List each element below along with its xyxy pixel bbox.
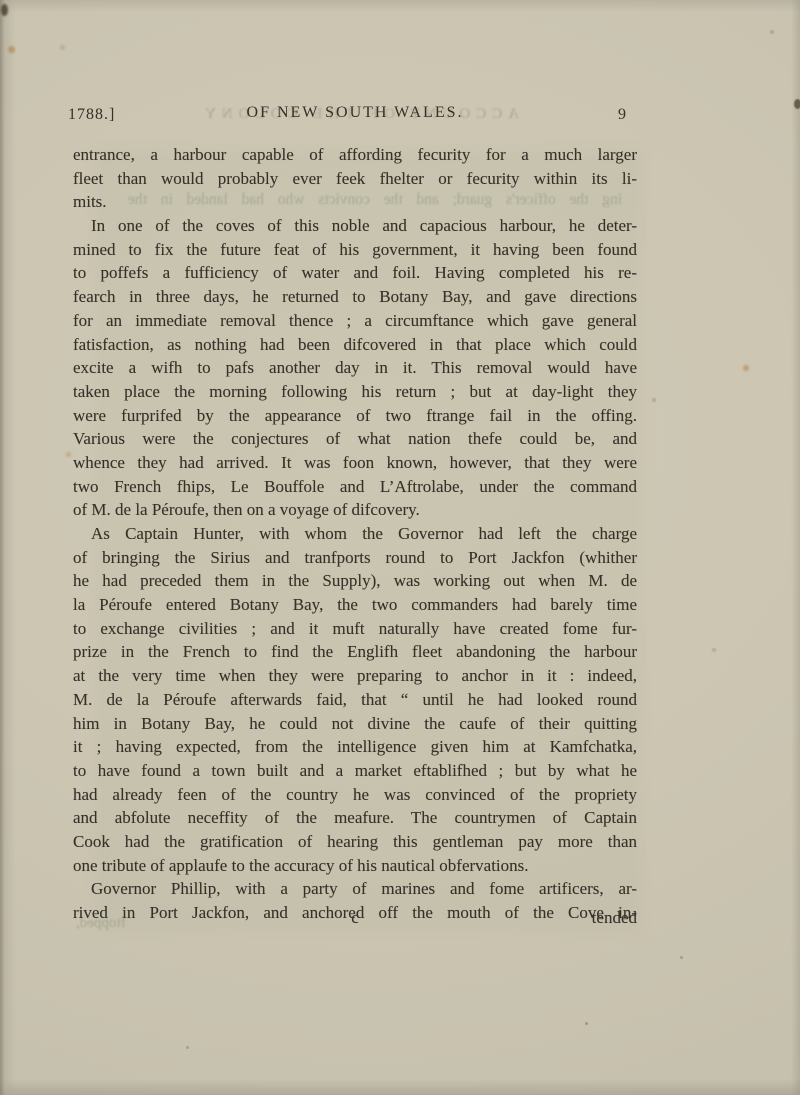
text-line: mined to fix the future feat of his gove…: [73, 238, 637, 262]
text-line: of M. de la Péroufe, then on a voyage of…: [73, 498, 637, 522]
text-line: were furprifed by the appearance of two …: [73, 404, 637, 428]
header-title: OF NEW SOUTH WALES.: [247, 104, 464, 122]
signature-line: c tended: [73, 908, 637, 932]
text-line: for an immediate removal thence ; a circ…: [73, 309, 637, 333]
signature-mark: c: [73, 908, 637, 928]
text-line: had already feen of the country he was c…: [73, 783, 637, 807]
edge-speck: [794, 99, 800, 109]
text-line: Various were the conjectures of what nat…: [73, 427, 637, 451]
text-line: two French fhips, Le Bouffole and L’Aftr…: [73, 475, 637, 499]
text-line: of bringing the Sirius and tranfports ro…: [73, 546, 637, 570]
text-line: whence they had arrived. It was foon kno…: [73, 451, 637, 475]
text-line: taken place the morning following his re…: [73, 380, 637, 404]
text-line: to poffefs a fufficiency of water and fo…: [73, 261, 637, 285]
text-line: him in Botany Bay, he could not divine t…: [73, 712, 637, 736]
paper-speck: [680, 956, 683, 959]
running-head: 1788.] OF NEW SOUTH WALES. 9: [68, 104, 642, 126]
text-line: M. de la Péroufe afterwards faid, that “…: [73, 688, 637, 712]
text-line: and abfolute neceffity of the meafure. T…: [73, 806, 637, 830]
text-line: he had preceded them in the Supply), was…: [73, 569, 637, 593]
text-line: Governor Phillip, with a party of marine…: [73, 877, 637, 901]
text-line: to have found a town built and a market …: [73, 759, 637, 783]
text-line: In one of the coves of this noble and ca…: [73, 214, 637, 238]
header-year: 1788.]: [68, 106, 115, 124]
foxing-spot: [712, 648, 716, 652]
text-line: Cook had the gratification of hearing th…: [73, 830, 637, 854]
text-line: one tribute of applaufe to the accuracy …: [73, 854, 637, 878]
text-line: mits.: [73, 190, 637, 214]
page-number: 9: [618, 106, 626, 124]
text-line: fleet than would probably ever feek fhel…: [73, 167, 637, 191]
foxing-spot: [743, 365, 749, 371]
corner-speck: [1, 4, 8, 16]
paper-speck: [186, 1046, 189, 1049]
text-line: prize in the French to find the Englifh …: [73, 640, 637, 664]
text-line: to exchange civilities ; and it muft nat…: [73, 617, 637, 641]
text-line: fatisfaction, as nothing had been difcov…: [73, 333, 637, 357]
text-line: entrance, a harbour capable of affording…: [73, 143, 637, 167]
catchword: tended: [592, 908, 637, 928]
text-line: excite a wifh to pafs another day in it.…: [73, 356, 637, 380]
foxing-spot: [652, 398, 656, 402]
text-line: it ; having expected, from the intellige…: [73, 735, 637, 759]
text-line: As Captain Hunter, with whom the Governo…: [73, 522, 637, 546]
foxing-spot: [60, 45, 65, 50]
book-page: ACCOUNT OF THE COLONY ing the officer's …: [0, 0, 800, 1095]
text-line: la Péroufe entered Botany Bay, the two c…: [73, 593, 637, 617]
text-line: fearch in three days, he returned to Bot…: [73, 285, 637, 309]
paper-speck: [770, 30, 774, 34]
foxing-spot: [8, 46, 15, 53]
paper-speck: [585, 1022, 588, 1025]
body-text: entrance, a harbour capable of affording…: [73, 143, 637, 925]
text-line: at the very time when they were preparin…: [73, 664, 637, 688]
foxing-spot: [66, 452, 71, 457]
